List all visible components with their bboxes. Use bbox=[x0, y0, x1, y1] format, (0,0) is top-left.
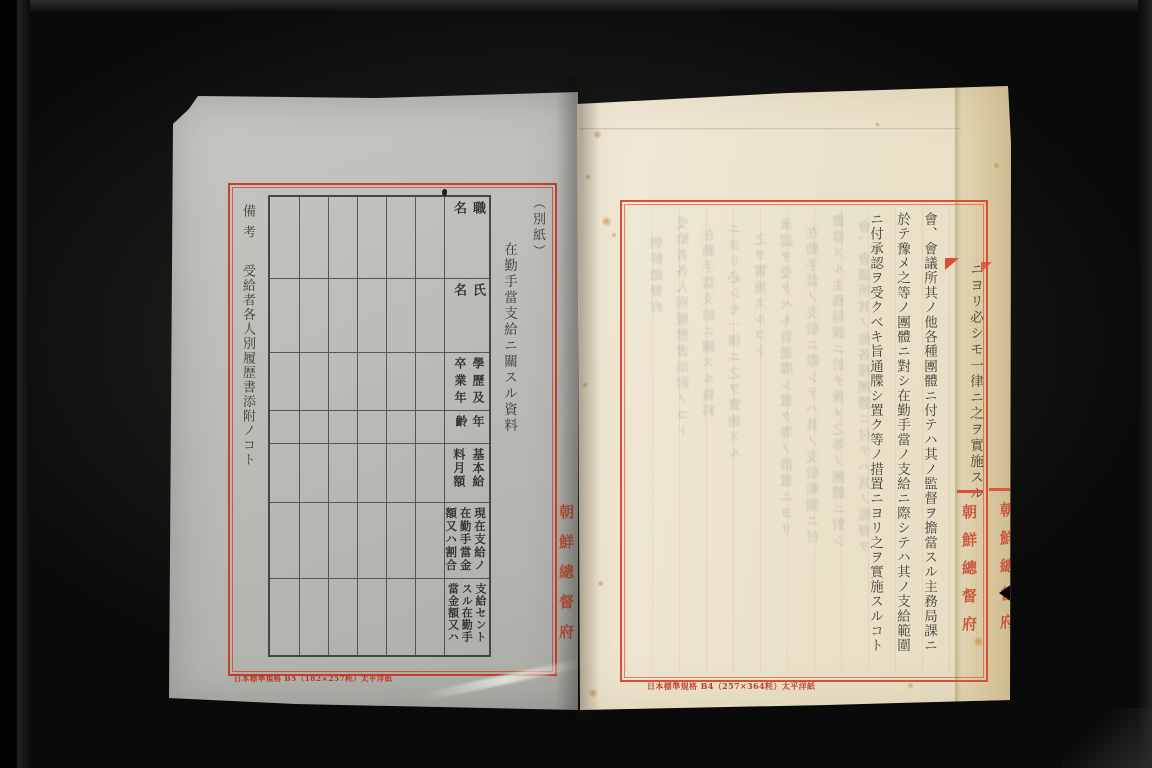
table-empty-cell bbox=[357, 278, 386, 352]
table-empty-cell bbox=[299, 502, 328, 578]
table-empty-cell bbox=[328, 197, 357, 278]
table-header-cell: 氏名 bbox=[444, 278, 489, 352]
red-rule-mark bbox=[957, 490, 983, 493]
table-empty-cell bbox=[415, 278, 444, 352]
red-corner-mark bbox=[945, 258, 959, 270]
frame-edge-top bbox=[0, 0, 1152, 11]
table-empty-cell bbox=[386, 502, 415, 578]
table-empty-cell bbox=[270, 410, 299, 443]
table-empty-cell bbox=[415, 352, 444, 410]
publisher-stamp: 朝鮮總督府 bbox=[959, 504, 980, 644]
text-column-1: ニヨリ必シモ一律ニ之ヲ實施スル bbox=[965, 262, 985, 502]
attachment-label: （別紙） bbox=[528, 196, 547, 260]
table-empty-cell bbox=[386, 197, 415, 278]
table-empty-cell bbox=[386, 352, 415, 410]
table-empty-cell bbox=[415, 578, 444, 655]
torn-edge-notch bbox=[999, 584, 1012, 602]
table-empty-cell bbox=[270, 578, 299, 655]
table-empty-cell bbox=[299, 443, 328, 502]
table-empty-cell bbox=[299, 352, 328, 410]
foxing-spot bbox=[993, 162, 1000, 169]
table-empty-cell bbox=[357, 578, 386, 655]
document-title: 在勤手當支給ニ關スル資料 bbox=[499, 242, 519, 434]
table-header-cell: 年齡 bbox=[444, 410, 489, 443]
frame-corner bbox=[1062, 708, 1152, 768]
text-column-3: 於テ豫メ之等ノ團體ニ對シ在勤手當ノ支給ニ際シテハ其ノ支給範圍 bbox=[892, 212, 912, 653]
text-column-4: ニ付承認ヲ受クベキ旨通牒シ置ク等ノ措置ニヨリ之ヲ實施スルコト bbox=[865, 212, 885, 653]
table-empty-cell bbox=[386, 278, 415, 352]
paper-size-note: 日本標準規格 B4（257×364粍）太平洋紙 bbox=[647, 681, 815, 692]
right-page: 會、會議所其ノ他各種團體ニ付テハ其ノ監督ヲ擔當スル主務局課ニ於テ豫メ之等ノ團體ニ… bbox=[577, 84, 1011, 712]
table-header-cell: 基本給料月額 bbox=[444, 443, 489, 502]
table-empty-cell bbox=[415, 443, 444, 502]
foxing-spot bbox=[582, 382, 588, 388]
foxing-spot bbox=[973, 636, 984, 647]
frame-edge-left bbox=[0, 0, 30, 768]
table-empty-cell bbox=[299, 278, 328, 352]
table-empty-cell bbox=[328, 352, 357, 410]
allowance-table: 職名氏名學歷及卒業年年齡基本給料月額現在支給ノ在勤手當金額又ハ割合支給セントスル… bbox=[268, 195, 491, 657]
ink-speck bbox=[442, 189, 447, 196]
photo-background: 備考 受給者各人別履歷書添附ノコト 職名氏名學歷及卒業年年齡基本給料月額現在支給… bbox=[0, 0, 1152, 768]
underlying-sheet-edge bbox=[579, 128, 961, 131]
table-empty-cell bbox=[415, 410, 444, 443]
table-empty-cell bbox=[357, 197, 386, 278]
table-header-cell: 職名 bbox=[444, 197, 489, 278]
foxing-spot bbox=[593, 130, 602, 139]
table-header-cell: 支給セントスル在勤手當金額又ハ割合 bbox=[444, 578, 489, 655]
table-empty-cell bbox=[270, 443, 299, 502]
table-empty-cell bbox=[299, 197, 328, 278]
left-page: 備考 受給者各人別履歷書添附ノコト 職名氏名學歷及卒業年年齡基本給料月額現在支給… bbox=[166, 92, 578, 712]
table-empty-cell bbox=[415, 502, 444, 578]
table-empty-cell bbox=[270, 502, 299, 578]
table-empty-cell bbox=[357, 410, 386, 443]
table-empty-cell bbox=[415, 197, 444, 278]
foxing-spot bbox=[611, 232, 617, 238]
table-empty-cell bbox=[357, 443, 386, 502]
red-corner-mark bbox=[981, 262, 992, 272]
red-rule-mark bbox=[989, 488, 1011, 491]
table-empty-cell bbox=[386, 410, 415, 443]
table-empty-cell bbox=[357, 352, 386, 410]
table-header-cell: 現在支給ノ在勤手當金額又ハ割合 bbox=[444, 502, 489, 578]
table-empty-cell bbox=[328, 502, 357, 578]
remarks-note: 受給者各人別履歷書添附ノコト bbox=[238, 264, 257, 467]
foxing-spot bbox=[907, 682, 914, 689]
remarks-label: 備考 bbox=[238, 204, 257, 246]
publisher-stamp: 朝鮮總督府 bbox=[556, 504, 577, 654]
table-empty-cell bbox=[328, 278, 357, 352]
foxing-spot bbox=[585, 174, 591, 180]
table-empty-cell bbox=[299, 410, 328, 443]
table-empty-cell bbox=[386, 443, 415, 502]
table-empty-cell bbox=[299, 578, 328, 655]
paper-size-note: 日本標準規格 B5（182×257粍）太平洋紙 bbox=[234, 673, 392, 684]
table-empty-cell bbox=[357, 502, 386, 578]
table-empty-cell bbox=[328, 443, 357, 502]
table-empty-cell bbox=[270, 352, 299, 410]
text-column-2: 會、會議所其ノ他各種團體ニ付テハ其ノ監督ヲ擔當スル主務局課ニ bbox=[919, 212, 939, 653]
foxing-spot bbox=[875, 122, 880, 127]
table-empty-cell bbox=[386, 578, 415, 655]
table-empty-cell bbox=[328, 578, 357, 655]
table-empty-cell bbox=[270, 278, 299, 352]
table-empty-cell bbox=[328, 410, 357, 443]
foxing-spot bbox=[597, 580, 604, 587]
table-empty-cell bbox=[270, 197, 299, 278]
foxing-spot bbox=[601, 216, 612, 227]
table-header-cell: 學歷及卒業年 bbox=[444, 352, 489, 410]
frame-edge-right bbox=[1138, 0, 1152, 768]
foxing-spot bbox=[588, 688, 598, 698]
